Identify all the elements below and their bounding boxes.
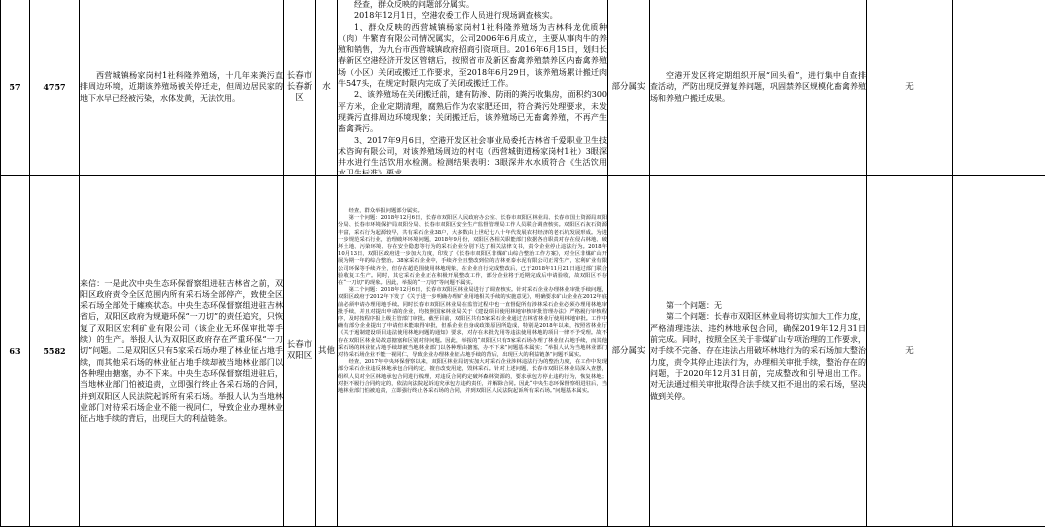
seq-cell: 63 (1, 176, 30, 527)
case-number-cell: 4757 (30, 0, 80, 176)
investigation-para: 2、该养殖场在关闭搬迁前，建有防渗、防雨的粪污收集房，面积约300平方米，企业定… (338, 89, 607, 134)
type-cell: 水 (316, 0, 338, 176)
verdict-cell: 部分属实 (608, 176, 650, 527)
complaint-text: 来信：一是此次中央生态环保督察组进驻吉林省之前，双阳区政府责令全区范围内所有采石… (80, 278, 283, 425)
verdict-cell: 部分属实 (608, 0, 650, 176)
investigation-para: 2018年12月1日，空港农委工作人员进行现场调查核实。 (338, 10, 607, 21)
investigation-cell: 经查，群众反映的问题部分属实。 2018年12月1日，空港农委工作人员进行现场调… (338, 0, 608, 176)
accountability-cell: 无 (867, 176, 953, 527)
accountability-cell: 无 (867, 0, 953, 176)
type-cell: 其他 (316, 176, 338, 527)
remarks-cell (953, 176, 1045, 527)
rectification-para: 第一个问题：无 (650, 300, 866, 311)
case-number-cell: 5582 (30, 176, 80, 527)
investigation-para: 经查，2017年中央环保督察以来，双阳区林业局切实加大对采石企业涉林违法行为的整… (338, 359, 607, 395)
investigation-para: 经查，群众反映的问题部分属实。 (338, 0, 607, 10)
complaint-text: 西营城镇杨家岗村1社科隆养殖场，十几年来粪污直排周边环境，近期该养殖场被关停迁走… (80, 70, 283, 104)
investigation-para: 第二个问题：2018年12月6日，长春市双阳区林业局进行了调查核实。针对采石企业… (338, 287, 607, 359)
investigation-para: 1、群众反映的西营城镇杨家岗村1社科隆养殖场为吉林科龙优质种（肉）牛繁育有限公司… (338, 22, 607, 90)
complaint-cell: 来信：一是此次中央生态环保督察组进驻吉林省之前，双阳区政府责令全区范围内所有采石… (80, 176, 284, 527)
rectification-para: 第二个问题：长春市双阳区林业局将切实加大工作力度，严格清理违法、违约林地承包合同… (650, 311, 866, 401)
investigation-cell: 经查，群众举报问题部分属实。 第一个问题：2018年12月6日，长春市双阳区人民… (338, 176, 608, 527)
investigation-para: 第一个问题：2018年12月6日，长春市双阳区人民政府办公室、长春市双阳区林业局… (338, 215, 607, 287)
remarks-cell (953, 0, 1045, 176)
complaint-cell: 西营城镇杨家岗村1社科隆养殖场，十几年来粪污直排周边环境，近期该养殖场被关停迁走… (80, 0, 284, 176)
table-row: 57 4757 西营城镇杨家岗村1社科隆养殖场，十几年来粪污直排周边环境，近期该… (1, 0, 1045, 176)
investigation-para: 3、2017年9月6日，空港开发区社会事业局委托吉林省千爱职业卫生技术咨询有限公… (338, 135, 607, 174)
rectification-cell: 第一个问题：无 第二个问题：长春市双阳区林业局将切实加大工作力度，严格清理违法、… (650, 176, 867, 527)
seq-cell: 57 (1, 0, 30, 176)
table-row: 63 5582 来信：一是此次中央生态环保督察组进驻吉林省之前，双阳区政府责令全… (1, 176, 1045, 527)
petition-table: 57 4757 西营城镇杨家岗村1社科隆养殖场，十几年来粪污直排周边环境，近期该… (0, 0, 1045, 526)
region-cell: 长春市长春新区 (284, 0, 316, 176)
rectification-cell: 空港开发区将定期组织开展“回头看”，进行集中自查排查活动，严防出现反弹复养问题，… (650, 0, 867, 176)
rectification-text: 空港开发区将定期组织开展“回头看”，进行集中自查排查活动，严防出现反弹复养问题，… (650, 70, 866, 104)
region-cell: 长春市双阳区 (284, 176, 316, 527)
